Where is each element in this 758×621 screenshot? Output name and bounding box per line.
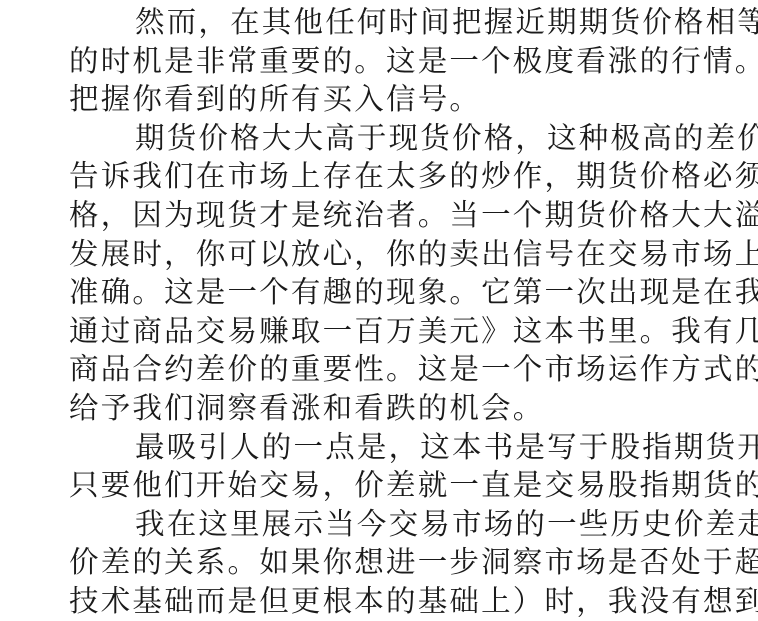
text-line: 把握你看到的所有买入信号。: [10, 80, 752, 119]
text-line: 的时机是非常重要的。这是一个极度看涨的行情。这正在告诉你做好准备: [10, 42, 752, 81]
text-line: 我在这里展示当今交易市场的一些历史价差走势图，所以你可以看到: [10, 505, 752, 544]
text-line: 然而，在其他任何时间把握近期期货价格相等或者低于现货交易价格: [10, 3, 752, 42]
text-line: 技术基础而是但更根本的基础上）时，我没有想到比价差更好的工具。: [10, 582, 752, 621]
paragraph-4: 我在这里展示当今交易市场的一些历史价差走势图，所以你可以看到 价差的关系。如果你…: [10, 505, 752, 621]
text-line: 期货价格大大高于现货价格，这种极高的差价关系是非常明显的。这: [10, 119, 752, 158]
paragraph-2: 期货价格大大高于现货价格，这种极高的差价关系是非常明显的。这 告诉我们在市场上存…: [10, 119, 752, 428]
paragraph-1: 然而，在其他任何时间把握近期期货价格相等或者低于现货交易价格 的时机是非常重要的…: [10, 3, 752, 119]
text-line: 商品合约差价的重要性。这是一个市场运作方式的基本原则，这些差价将: [10, 350, 752, 389]
text-line: 发展时，你可以放心，你的卖出信号在交易市场上比其他任何时候都更加: [10, 235, 752, 274]
text-line: 给予我们洞察看涨和看跌的机会。: [10, 389, 752, 428]
text-line: 通过商品交易赚取一百万美元》这本书里。我有几个章节强调近期和长期: [10, 312, 752, 351]
text-line: 准确。这是一个有趣的现象。它第一次出现是在我 1973 年写的《我如何: [10, 273, 752, 312]
text-line: 只要他们开始交易，价差就一直是交易股指期货的最佳工具之一。: [10, 466, 752, 505]
text-line: 格，因为现货才是统治者。当一个期货价格大大溢价于现货的情况出现并: [10, 196, 752, 235]
text-line: 最吸引人的一点是，这本书是写于股指期货开始交易前十年。然而，: [10, 428, 752, 467]
document-page: 然而，在其他任何时间把握近期期货价格相等或者低于现货交易价格 的时机是非常重要的…: [10, 3, 752, 621]
text-line: 价差的关系。如果你想进一步洞察市场是否处于超买或超卖（不是在一个: [10, 543, 752, 582]
text-line: 告诉我们在市场上存在太多的炒作，期货价格必须降下来以符合现货价: [10, 157, 752, 196]
paragraph-3: 最吸引人的一点是，这本书是写于股指期货开始交易前十年。然而， 只要他们开始交易，…: [10, 428, 752, 505]
